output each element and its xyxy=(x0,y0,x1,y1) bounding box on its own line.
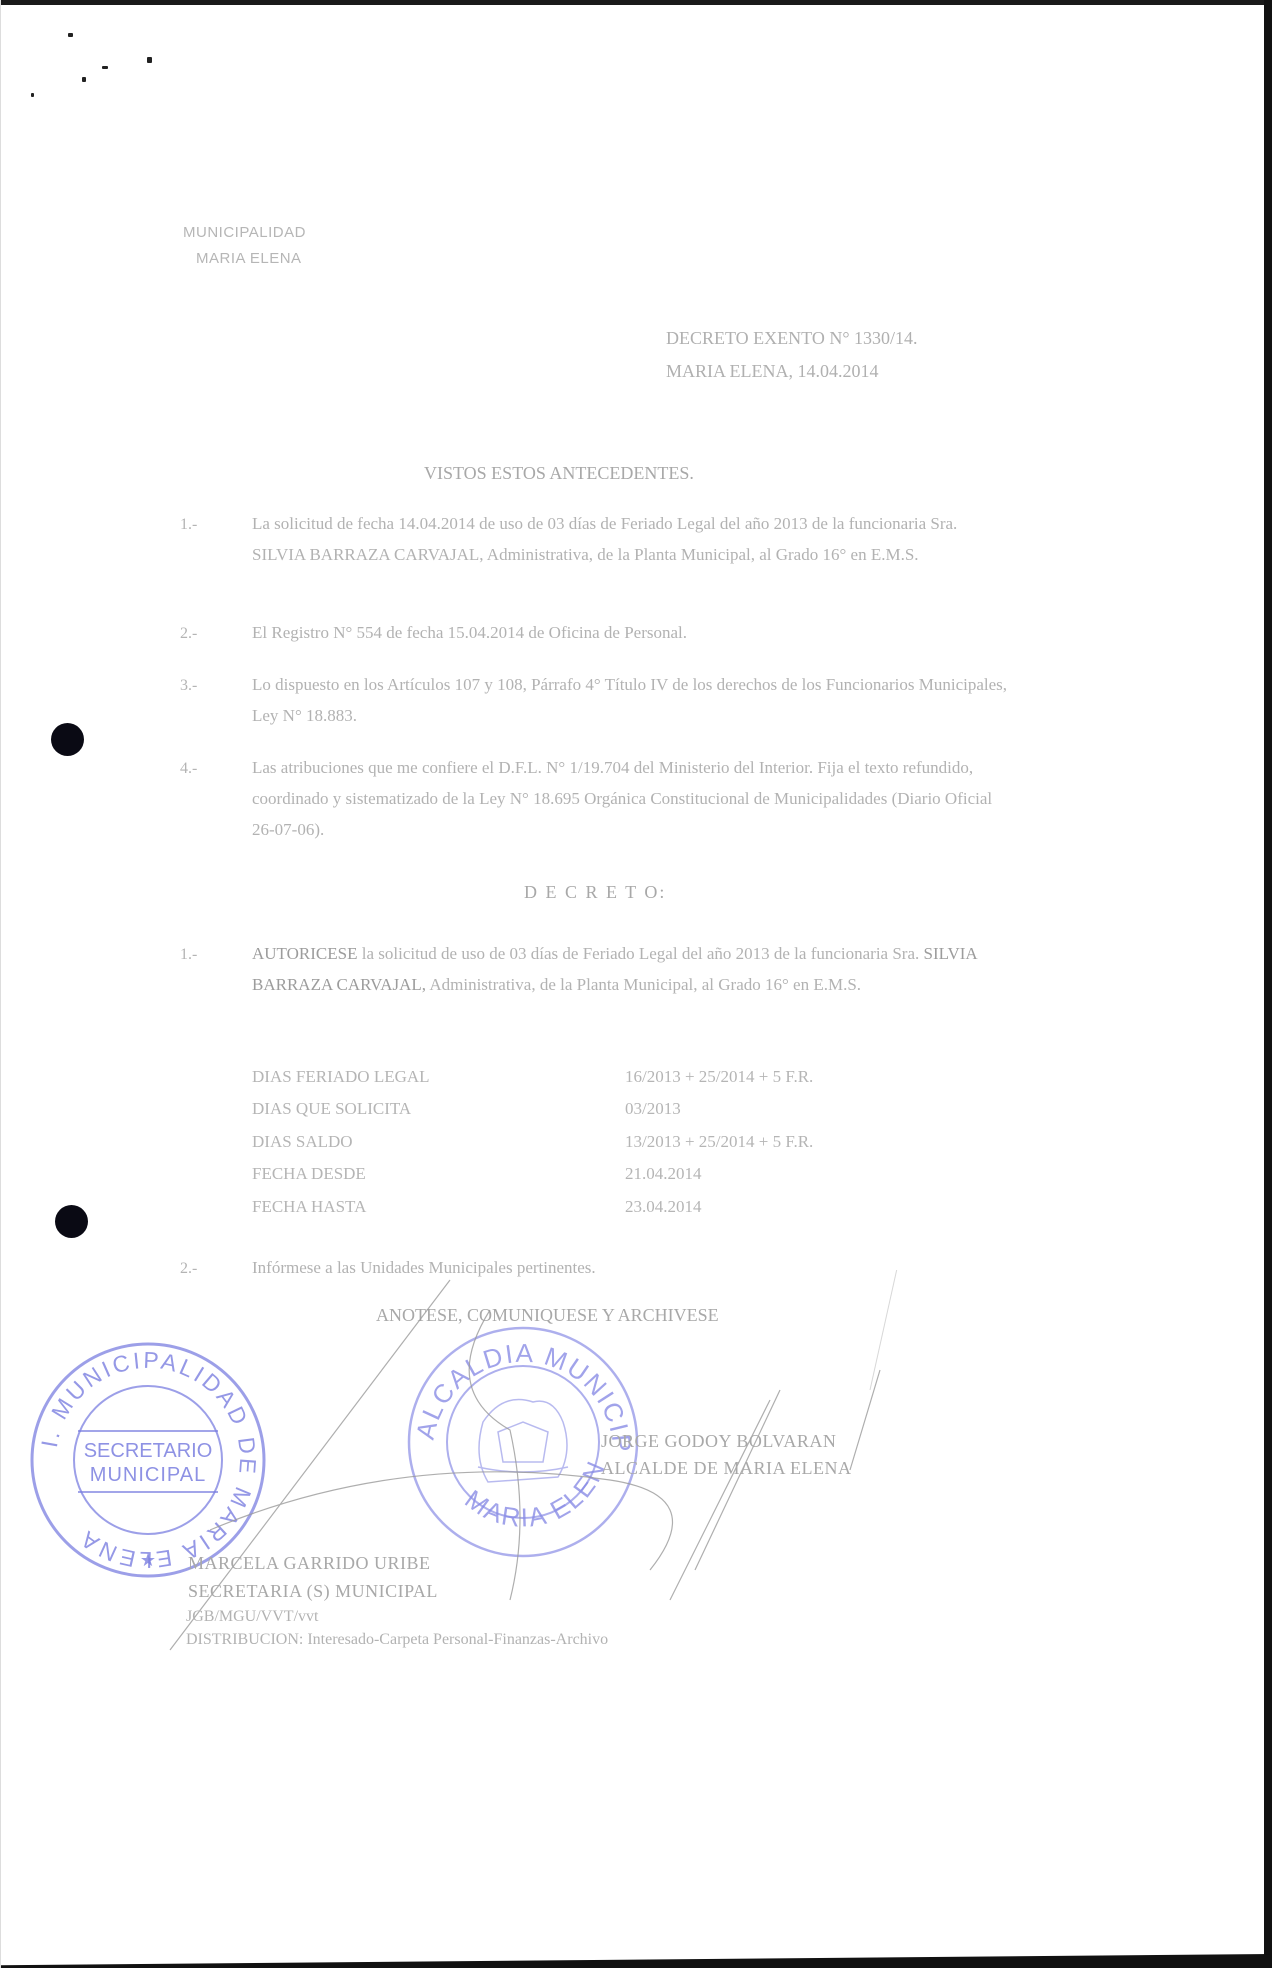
vistos-item-text: El Registro N° 554 de fecha 15.04.2014 d… xyxy=(252,617,1012,648)
decreto-item-text-part: Administrativa, de la Planta Municipal, … xyxy=(426,975,861,994)
decreto-heading: D E C R E T O: xyxy=(524,882,666,903)
secretary-title: SECRETARIA (S) MUNICIPAL xyxy=(188,1581,438,1602)
vistos-item-number: 4.- xyxy=(180,760,197,778)
scan-edge-left xyxy=(0,0,1,1968)
table-row-label: FECHA DESDE xyxy=(252,1164,366,1184)
vistos-item-number: 1.- xyxy=(180,516,197,534)
vistos-heading: VISTOS ESTOS ANTECEDENTES. xyxy=(424,463,694,484)
scan-speck xyxy=(147,57,152,63)
decree-place-date: MARIA ELENA, 14.04.2014 xyxy=(666,361,879,382)
reference-initials: JGB/MGU/VVT/vvt xyxy=(186,1608,318,1626)
vistos-item-text: Lo dispuesto en los Artículos 107 y 108,… xyxy=(252,669,1012,731)
table-row-value: 23.04.2014 xyxy=(625,1197,702,1217)
vistos-item-text-part: La solicitud de fecha 14.04.2014 de uso … xyxy=(252,514,957,533)
table-row-label: DIAS FERIADO LEGAL xyxy=(252,1067,430,1087)
vistos-item-number: 2.- xyxy=(180,625,197,643)
decreto-item-text: AUTORICESE la solicitud de uso de 03 día… xyxy=(252,938,1012,1000)
institution-name: MUNICIPALIDAD xyxy=(183,224,306,241)
table-row-label: FECHA HASTA xyxy=(252,1197,366,1217)
institution-location: MARIA ELENA xyxy=(196,250,302,267)
table-row-value: 21.04.2014 xyxy=(625,1164,702,1184)
mayor-title: ALCALDE DE MARIA ELENA xyxy=(601,1458,851,1479)
mayor-name: JORGE GODOY BOLVARAN xyxy=(601,1431,836,1452)
punch-hole-mark xyxy=(51,723,84,756)
table-row-value: 13/2013 + 25/2014 + 5 F.R. xyxy=(625,1132,813,1152)
decreto-item-number: 1.- xyxy=(180,946,197,964)
punch-hole-mark xyxy=(55,1205,88,1238)
table-row-label: DIAS SALDO xyxy=(252,1132,353,1152)
vistos-item-text: La solicitud de fecha 14.04.2014 de uso … xyxy=(252,508,1012,570)
table-row-value: 03/2013 xyxy=(625,1099,681,1119)
vistos-item-text: Las atribuciones que me confiere el D.F.… xyxy=(252,752,1012,845)
scan-edge-bottom xyxy=(0,1954,1272,1968)
scan-edge-top xyxy=(0,0,1272,5)
vistos-item-number: 3.- xyxy=(180,677,197,695)
scan-edge-right xyxy=(1264,0,1272,1968)
authorize-keyword: AUTORICESE xyxy=(252,944,357,963)
table-row-label: DIAS QUE SOLICITA xyxy=(252,1099,411,1119)
scan-speck xyxy=(82,77,86,82)
secretary-name: MARCELA GARRIDO URIBE xyxy=(188,1553,431,1574)
decreto-item-text-part: la solicitud de uso de 03 días de Feriad… xyxy=(357,944,923,963)
vistos-item-text-part: Administrativa, de la Planta Municipal, … xyxy=(484,545,919,564)
distribution-list: DISTRIBUCION: Interesado-Carpeta Persona… xyxy=(186,1631,608,1649)
scan-speck xyxy=(68,33,73,37)
scan-speck xyxy=(31,93,34,97)
table-row-value: 16/2013 + 25/2014 + 5 F.R. xyxy=(625,1067,813,1087)
decree-number: DECRETO EXENTO N° 1330/14. xyxy=(666,328,918,349)
employee-name: SILVIA BARRAZA CARVAJAL, xyxy=(252,545,484,564)
scan-speck xyxy=(102,66,108,69)
